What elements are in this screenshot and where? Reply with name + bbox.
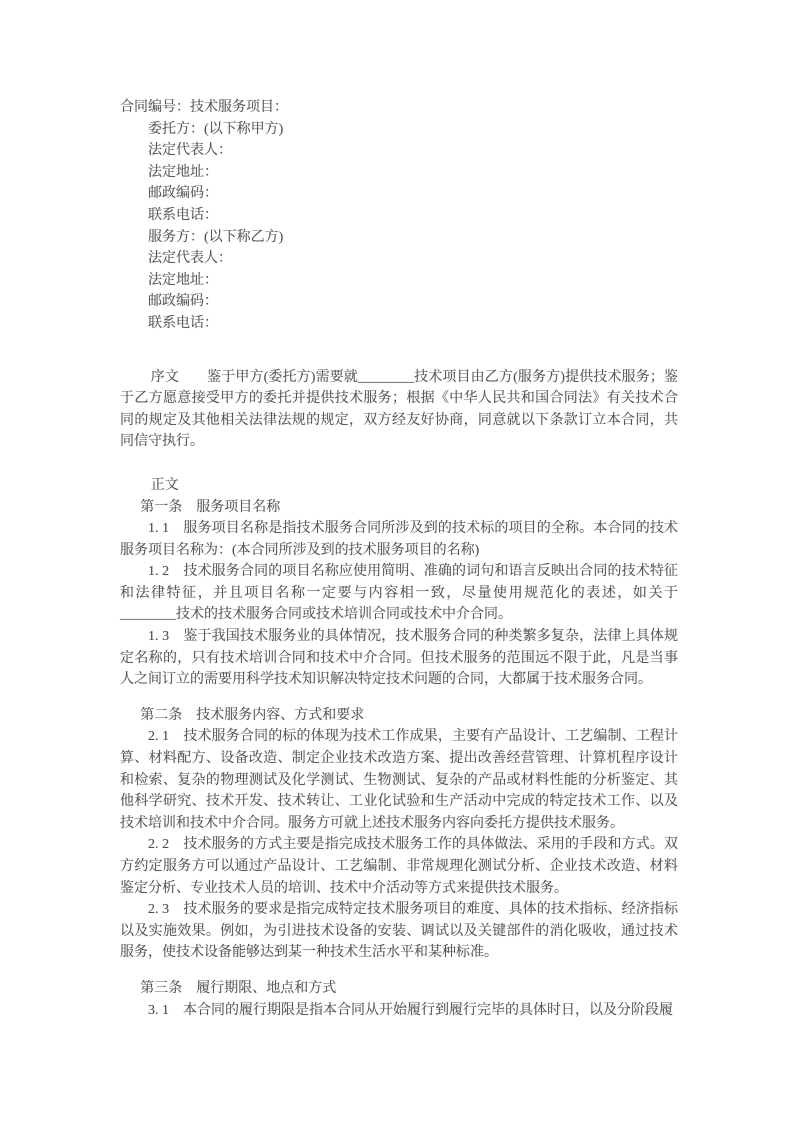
- party-b-postcode-line: 邮政编码：: [120, 291, 678, 313]
- party-a-postcode-line: 邮政编码：: [120, 183, 678, 205]
- spacer: [120, 964, 678, 978]
- preamble-paragraph: 序文鉴于甲方(委托方)需要就________技术项目由乙方(服务方)提供技术服务…: [120, 367, 678, 453]
- clause-1-1: 1. 1 服务项目名称是指技术服务合同所涉及到的技术标的项目的全称。本合同的技术…: [120, 518, 678, 561]
- spacer: [120, 335, 678, 367]
- party-a-phone-line: 联系电话：: [120, 205, 678, 227]
- section-3-heading: 第三条 履行期限、地点和方式: [120, 978, 678, 1000]
- party-b-address-line: 法定地址：: [120, 270, 678, 292]
- party-b-line: 服务方：(以下称乙方): [120, 227, 678, 249]
- section-2-heading: 第二条 技术服务内容、方式和要求: [120, 705, 678, 727]
- spacer: [120, 453, 678, 475]
- document-page: 合同编号：技术服务项目： 委托方：(以下称甲方) 法定代表人： 法定地址： 邮政…: [120, 97, 678, 1021]
- clause-1-2: 1. 2 技术服务合同的项目名称应使用简明、准确的词句和语言反映出合同的技术特征…: [120, 561, 678, 626]
- section-1-heading: 第一条 服务项目名称: [120, 497, 678, 519]
- party-a-legal-rep-line: 法定代表人：: [120, 140, 678, 162]
- spacer: [120, 691, 678, 705]
- preamble-label: 序文: [151, 370, 179, 385]
- clause-3-1: 3. 1 本合同的履行期限是指本合同从开始履行到履行完毕的具体时日，以及分阶段履: [120, 1000, 678, 1022]
- party-b-phone-line: 联系电话：: [120, 313, 678, 335]
- contract-number-line: 合同编号：技术服务项目：: [120, 97, 678, 119]
- party-a-address-line: 法定地址：: [120, 162, 678, 184]
- clause-2-1: 2. 1 技术服务合同的标的体现为技术工作成果，主要有产品设计、工艺编制、工程计…: [120, 726, 678, 834]
- clause-1-3: 1. 3 鉴于我国技术服务业的具体情况，技术服务合同的种类繁多复杂，法律上具体规…: [120, 626, 678, 691]
- body-label: 正文: [120, 475, 678, 497]
- clause-2-2: 2. 2 技术服务的方式主要是指完成技术服务工作的具体做法、采用的手段和方式。双…: [120, 834, 678, 899]
- clause-2-3: 2. 3 技术服务的要求是指完成特定技术服务项目的难度、具体的技术指标、经济指标…: [120, 899, 678, 964]
- preamble-text: 鉴于甲方(委托方)需要就________技术项目由乙方(服务方)提供技术服务；鉴…: [120, 370, 678, 450]
- party-a-line: 委托方：(以下称甲方): [120, 119, 678, 141]
- party-b-legal-rep-line: 法定代表人：: [120, 248, 678, 270]
